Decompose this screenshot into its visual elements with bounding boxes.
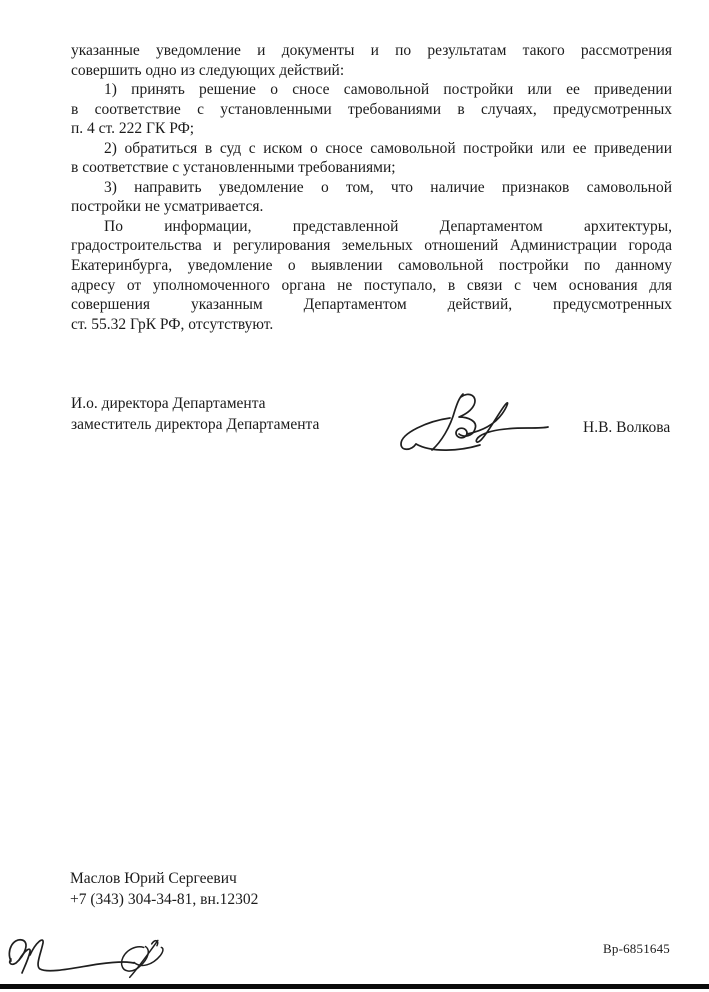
body-line: градостроительства и регулирования земел…: [71, 236, 672, 256]
document-page: указанные уведомление и документы и по р…: [0, 0, 709, 992]
body-line: в соответствие с установленными требован…: [71, 100, 672, 120]
executor-name: Маслов Юрий Сергеевич: [70, 869, 258, 890]
body-line: 2) обратиться в суд с иском о сносе само…: [71, 139, 672, 159]
document-number: Вр-6851645: [603, 941, 670, 957]
body-line: в соответствие с установленными требован…: [71, 158, 672, 178]
signer-position-block: И.о. директора Департамента заместитель …: [71, 394, 319, 435]
body-line: ст. 55.32 ГрК РФ, отсутствуют.: [71, 315, 672, 335]
body-line: 3) направить уведомление о том, что нали…: [71, 178, 672, 198]
signer-position-line1: И.о. директора Департамента: [71, 394, 319, 415]
body-line: п. 4 ст. 222 ГК РФ;: [71, 119, 672, 139]
body-line: совершить одно из следующих действий:: [71, 61, 672, 81]
body-line: 1) принять решение о сносе самовольной п…: [71, 80, 672, 100]
body-line: совершения указанным Департаментом дейст…: [71, 295, 672, 315]
volkova-handwritten-signature-icon: [388, 388, 554, 462]
body-line: постройки не усматривается.: [71, 197, 672, 217]
body-line: Екатеринбурга, уведомление о выявлении с…: [71, 256, 672, 276]
body-line: указанные уведомление и документы и по р…: [71, 41, 672, 61]
executor-phone: +7 (343) 304-34-81, вн.12302: [70, 890, 258, 911]
body-line: По информации, представленной Департамен…: [71, 217, 672, 237]
signer-name: Н.В. Волкова: [583, 419, 670, 437]
body-line: адресу от уполномоченного органа не пост…: [71, 276, 672, 296]
handwritten-initials-icon-2: [106, 936, 178, 980]
signer-position-line2: заместитель директора Департамента: [71, 415, 319, 436]
letter-body-text: указанные уведомление и документы и по р…: [71, 41, 672, 334]
executor-contact-block: Маслов Юрий Сергеевич +7 (343) 304-34-81…: [70, 869, 258, 910]
page-bottom-edge-bar: [0, 984, 709, 989]
